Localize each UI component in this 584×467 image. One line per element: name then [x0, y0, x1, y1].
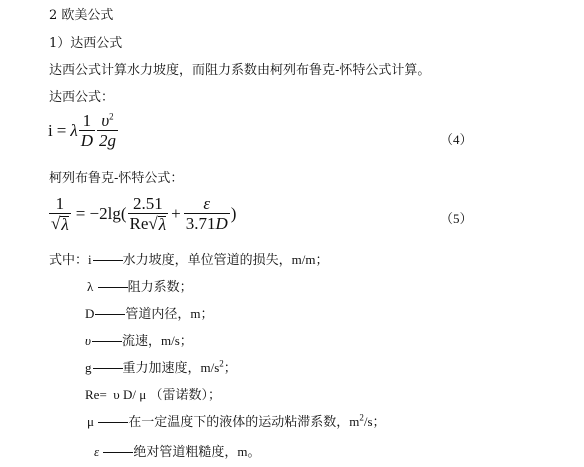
- definition-epsilon: ε 绝对管道粗糙度，m。: [94, 444, 261, 460]
- definition-d: D管道内径，m；: [85, 306, 214, 322]
- formula-lhs: i: [48, 121, 53, 141]
- fraction-epsilon-over-371d: ε 3.71D: [184, 195, 230, 233]
- colebrook-label: 柯列布鲁克-怀特公式：: [49, 171, 183, 187]
- em-dash: [98, 287, 128, 288]
- formula-equals: =: [57, 121, 67, 141]
- darcy-formula: i = λ 1 D υ2 2g: [48, 112, 119, 150]
- em-dash: [92, 341, 122, 342]
- formula-lambda: λ: [70, 121, 77, 141]
- fraction-one-over-d: 1 D: [79, 112, 95, 150]
- definition-g: g重力加速度，m/s2；: [85, 360, 237, 376]
- definition-mu: μ 在一定温度下的液体的运动粘滞系数，m2/s；: [87, 414, 386, 430]
- equation-number-4: （4）: [440, 129, 473, 148]
- fraction-one-over-sqrt-lambda: 1 √λ: [49, 195, 71, 233]
- em-dash: [93, 260, 123, 261]
- em-dash: [95, 314, 125, 315]
- fraction-251-over-re-sqrt-lambda: 2.51 Re√λ: [128, 195, 169, 233]
- em-dash: [93, 368, 123, 369]
- equation-number-5: （5）: [440, 208, 473, 227]
- colebrook-formula: 1 √λ = −2lg( 2.51 Re√λ + ε 3.71D ): [48, 195, 236, 233]
- em-dash: [103, 452, 133, 453]
- definition-reynolds: Re= υ D/ μ （雷诺数）；: [85, 387, 221, 403]
- definition-i: 式中：i水力坡度，单位管道的损失，m/m；: [49, 252, 328, 268]
- formula-plus: +: [171, 204, 181, 224]
- sqrt-lambda: √λ: [51, 215, 69, 233]
- formula-close-paren: ): [231, 204, 237, 224]
- em-dash: [98, 422, 128, 423]
- formula-neg2lg: = −2lg(: [76, 204, 127, 224]
- section-subheading: 1）达西公式: [49, 36, 122, 52]
- fraction-v2-over-2g: υ2 2g: [97, 112, 118, 150]
- section-heading: 2 欧美公式: [49, 8, 113, 24]
- darcy-label: 达西公式：: [49, 90, 114, 106]
- intro-paragraph: 达西公式计算水力坡度，而阻力系数由柯列布鲁克-怀特公式计算。: [49, 63, 430, 79]
- definition-lambda: λ 阻力系数；: [87, 279, 193, 295]
- definition-velocity: υ流速，m/s；: [85, 333, 193, 349]
